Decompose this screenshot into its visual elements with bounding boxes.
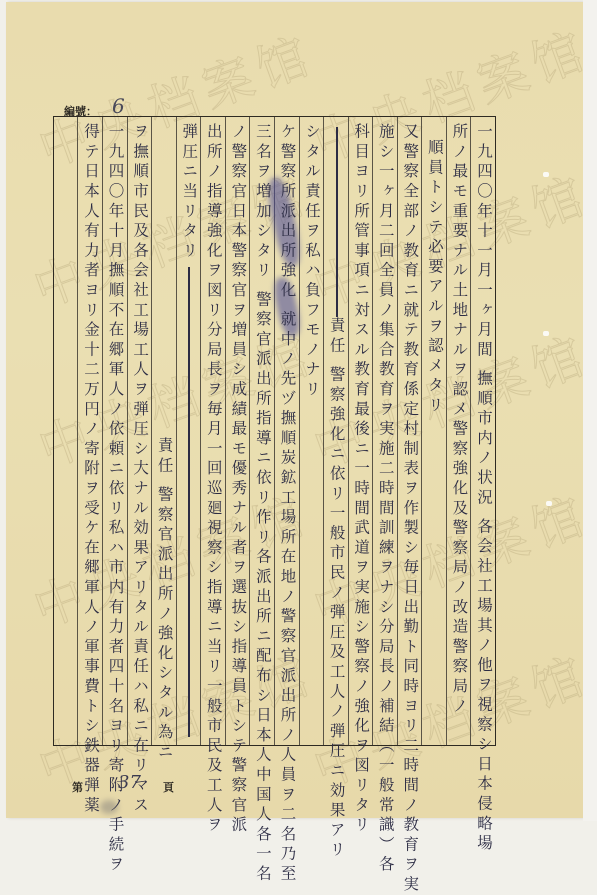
text-column: 施シ一ヶ月二回全員ノ集合教育ヲ実施二時間訓練ヲナシ分局長ノ補結（一般常識）各 <box>372 117 397 745</box>
column-text: 三名ヲ増加シタリ 警察官派出所指導ニ依リ作リ各派出所ニ配布シ日本人中国人各一名 <box>254 123 270 821</box>
page-number: 37 <box>118 772 141 793</box>
column-text: 又警察全部ノ教育ニ就テ教育係定村制表ヲ作製シ毎日出勤ト同時ヨリ二時間ノ教育ヲ実 <box>402 123 418 821</box>
paper-hole <box>543 331 549 336</box>
text-column: 責任 警察強化ニ依リ一般市民ノ弾圧及工人ノ弾圧ニ効果アリ <box>323 117 348 745</box>
text-column: 出所ノ指導強化ヲ図リ分局長ヲ毎月一回巡廻視察シ指導ニ当リ一般市民及工人ヲ <box>200 117 225 745</box>
column-text: シタル責任ヲ私ハ負フモノナリ <box>304 123 320 400</box>
text-column: ノ警察官日本警察官ヲ増員シ成績最モ優秀ナル者ヲ選抜シ指導員トシテ警察官派 <box>225 117 250 745</box>
text-column: シタル責任ヲ私ハ負フモノナリ <box>299 117 324 745</box>
text-column: 所ノ最モ重要ナル土地ナルヲ認メ警察強化及警察局ノ改造警察局ノ <box>446 117 471 745</box>
column-text: 所ノ最モ重要ナル土地ナルヲ認メ警察強化及警察局ノ改造警察局ノ <box>451 123 467 717</box>
column-text: 出所ノ指導強化ヲ図リ分局長ヲ毎月一回巡廻視察シ指導ニ当リ一般市民及工人ヲ <box>205 123 221 821</box>
indent-line <box>188 267 190 737</box>
text-column: 順員トシテ必要アルヲ認メタリ <box>421 117 446 745</box>
column-text: 一九四〇年十一月一ヶ月間 撫順市内ノ状況 各会社工場其ノ他ヲ視察シ日本侵略場 <box>475 123 491 821</box>
column-text: 順員トシテ必要アルヲ認メタリ <box>426 139 442 416</box>
column-text: 一九四〇年十月撫順不在郷軍人ノ依頼ニ依リ私ハ市内有力者四十名ヨリ寄附ノ手続ヲ <box>107 123 123 821</box>
page-prefix: 第 <box>72 779 83 795</box>
column-text: 得テ日本人有力者ヨリ金十二万円ノ寄附ヲ受ケ在郷軍人ノ軍事費トシ鉄器弾薬 <box>82 123 98 816</box>
text-column: 又警察全部ノ教育ニ就テ教育係定村制表ヲ作製シ毎日出勤ト同時ヨリ二時間ノ教育ヲ実 <box>397 117 422 745</box>
text-column: ケ警察所派出所強化 就中ノ先ヅ撫順炭鉱工場所在地ノ警察官派出所ノ人員ヲ二名乃至 <box>274 117 299 745</box>
text-column: 一九四〇年十一月一ヶ月間 撫順市内ノ状況 各会社工場其ノ他ヲ視察シ日本侵略場 <box>470 117 495 745</box>
serial-number-value: 6 <box>112 94 125 118</box>
column-text: 科目ヨリ所管事項ニ対スル教育最後ニ一時間武道ヲ実施シ警察ノ強化ヲ図リタリ <box>353 123 369 821</box>
column-text: ケ警察所派出所強化 就中ノ先ヅ撫順炭鉱工場所在地ノ警察官派出所ノ人員ヲ二名乃至 <box>279 123 295 821</box>
text-column: 三名ヲ増加シタリ 警察官派出所指導ニ依リ作リ各派出所ニ配布シ日本人中国人各一名 <box>249 117 274 745</box>
indent-line <box>336 127 338 317</box>
paper-hole <box>546 501 552 506</box>
text-column: 一九四〇年十月撫順不在郷軍人ノ依頼ニ依リ私ハ市内有力者四十名ヨリ寄附ノ手続ヲ <box>102 117 127 745</box>
column-text: 施シ一ヶ月二回全員ノ集合教育ヲ実施二時間訓練ヲナシ分局長ノ補結（一般常識）各 <box>377 123 393 821</box>
text-column: ヲ撫順市民及各会社工場工人ヲ弾圧シ大ナル効果アリタル責任ハ私ニ在リマス <box>127 117 152 745</box>
text-column: 科目ヨリ所管事項ニ対スル教育最後ニ一時間武道ヲ実施シ警察ノ強化ヲ図リタリ <box>348 117 373 745</box>
text-column <box>54 117 78 745</box>
column-text: 責任 警察強化ニ依リ一般市民ノ弾圧及工人ノ弾圧ニ効果アリ <box>328 317 344 821</box>
text-column: 弾圧ニ当リタリ <box>176 117 201 745</box>
manuscript-grid: 一九四〇年十一月一ヶ月間 撫順市内ノ状況 各会社工場其ノ他ヲ視察シ日本侵略場 所… <box>53 116 496 746</box>
paper-hole <box>543 172 549 177</box>
column-text: 弾圧ニ当リタリ <box>181 123 197 262</box>
column-text: ノ警察官日本警察官ヲ増員シ成績最モ優秀ナル者ヲ選抜シ指導員トシテ警察官派 <box>230 123 246 821</box>
ink-smudge <box>100 800 118 814</box>
scan-margin <box>583 0 597 821</box>
page-suffix: 頁 <box>163 779 174 795</box>
column-text: ヲ撫順市民及各会社工場工人ヲ弾圧シ大ナル効果アリタル責任ハ私ニ在リマス <box>132 123 148 816</box>
text-column: 得テ日本人有力者ヨリ金十二万円ノ寄附ヲ受ケ在郷軍人ノ軍事費トシ鉄器弾薬 <box>77 117 102 745</box>
column-text: 責任 警察官派出所ノ強化シタル為ニ <box>156 437 172 763</box>
text-column: 責任 警察官派出所ノ強化シタル為ニ <box>151 117 176 745</box>
